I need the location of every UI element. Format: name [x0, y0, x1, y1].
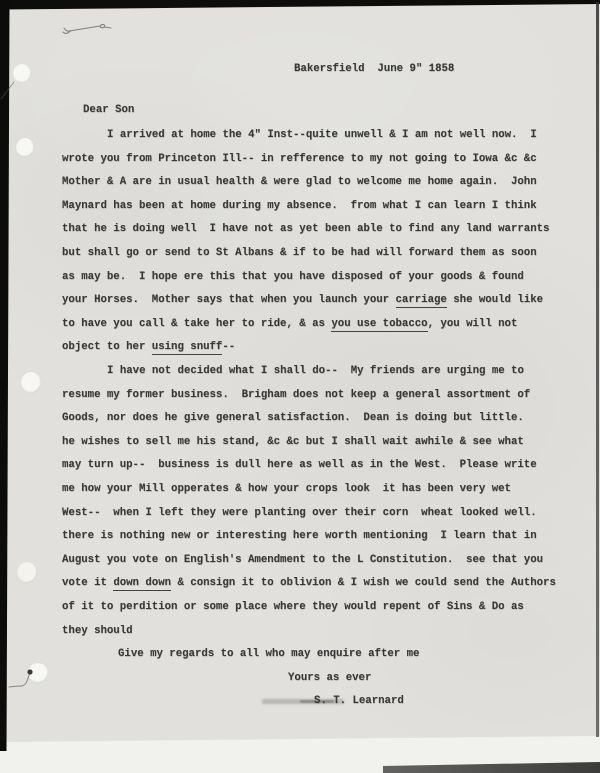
- letter-line: Maynard has been at home during my absen…: [62, 200, 537, 212]
- dateline: Bakersfield June 9" 1858: [294, 63, 454, 75]
- line-segment: , you will not: [428, 318, 518, 330]
- punch-hole: [17, 562, 37, 583]
- letter-line: but shall go or send to St Albans & if t…: [62, 247, 537, 259]
- line-segment: --: [222, 341, 235, 353]
- underlined-word: you use tobacco: [331, 318, 427, 332]
- line-segment: object to her: [62, 341, 152, 353]
- letter-line: August you vote on English's Amendment t…: [62, 554, 543, 566]
- letter-line: West-- when I left they were planting ov…: [62, 507, 537, 519]
- underlined-word: down down: [113, 577, 171, 591]
- scan-edge-bottom-right: [383, 761, 600, 773]
- punch-hole: [21, 372, 41, 393]
- letter-line: Goods, nor does he give general satisfac…: [62, 412, 524, 424]
- line-segment: vote it: [62, 577, 113, 589]
- letter-line: wrote you from Princeton Ill-- in reffer…: [62, 153, 537, 165]
- punch-hole: [16, 138, 34, 157]
- pen-squiggle-mark: [60, 19, 116, 39]
- letter-line: they should: [62, 625, 133, 637]
- letter-line: of it to perdition or some place where t…: [62, 601, 524, 613]
- pen-line-near-hole: [0, 78, 18, 102]
- letter-line: I arrived at home the 4" Inst--quite unw…: [107, 129, 537, 141]
- letter-line: that he is doing well I have not as yet …: [62, 223, 549, 235]
- letter-line: Mother & A are in usual health & were gl…: [62, 176, 537, 188]
- letter-line: he wishes to sell me his stand, &c &c bu…: [62, 436, 524, 448]
- letter-line: to have you call & take her to ride, & a…: [62, 318, 517, 330]
- letter-line: your Horses. Mother says that when you l…: [62, 294, 543, 306]
- pen-hook-mark: [6, 662, 46, 694]
- letter-line: as may be. I hope ere this that you have…: [62, 271, 524, 283]
- letter-line: there is nothing new or interesting here…: [62, 530, 537, 542]
- line-segment: she would like: [447, 294, 543, 306]
- letter-line: resume my former business. Brigham does …: [62, 389, 530, 401]
- line-segment: your Horses. Mother says that when you l…: [62, 294, 396, 306]
- underlined-word: carriage: [396, 294, 447, 308]
- valediction: Yours as ever: [288, 672, 371, 684]
- letter-line: may turn up-- business is dull here as w…: [62, 459, 537, 471]
- salutation: Dear Son: [83, 104, 134, 116]
- scan-edge-right: [596, 2, 599, 737]
- line-segment: to have you call & take her to ride, & a…: [62, 318, 331, 330]
- signature: S. T. Learnard: [314, 695, 404, 707]
- letter-line: object to her using snuff--: [62, 341, 235, 353]
- letter-line: me how your Mill opperates & how your cr…: [62, 483, 511, 495]
- letter-line: vote it down down & consign it to oblivi…: [62, 577, 556, 589]
- letter-line: I have not decided what I shall do-- My …: [107, 365, 524, 377]
- underlined-word: using snuff: [152, 341, 223, 355]
- regards-line: Give my regards to all who may enquire a…: [118, 648, 419, 660]
- line-segment: & consign it to oblivion & I wish we cou…: [171, 577, 556, 589]
